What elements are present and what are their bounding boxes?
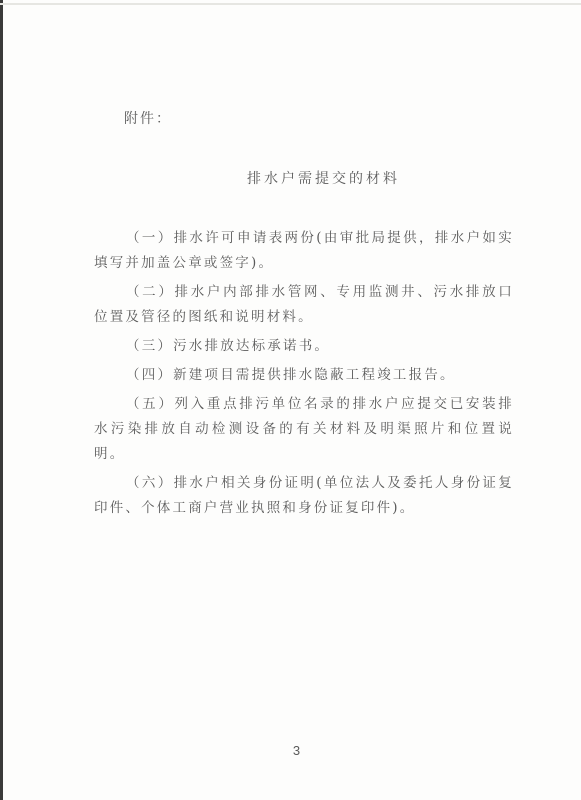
list-item-2: （二）排水户内部排水管网、专用监测井、污水排放口位置及管径的图纸和说明材料。: [94, 280, 514, 330]
scan-left-edge: [0, 0, 3, 800]
scan-top-edge: [0, 3, 581, 5]
list-item-6: （六）排水户相关身份证明(单位法人及委托人身份证复印件、个体工商户营业执照和身份…: [94, 471, 514, 521]
attachment-label: 附件：: [124, 108, 172, 128]
page-number: 3: [0, 743, 581, 758]
list-item-5: （五）列入重点排污单位名录的排水户应提交已安装排水污染排放自动检测设备的有关材料…: [94, 392, 514, 467]
document-title: 排水户需提交的材料: [0, 168, 581, 188]
list-item-1: （一）排水许可申请表两份(由审批局提供，排水户如实填写并加盖公章或签字)。: [94, 226, 514, 276]
list-item-4: （四）新建项目需提供排水隐蔽工程竣工报告。: [94, 363, 514, 388]
materials-list: （一）排水许可申请表两份(由审批局提供，排水户如实填写并加盖公章或签字)。 （二…: [94, 226, 514, 525]
list-item-3: （三）污水排放达标承诺书。: [94, 334, 514, 359]
scanned-document-page: 附件： 排水户需提交的材料 （一）排水许可申请表两份(由审批局提供，排水户如实填…: [0, 0, 581, 800]
